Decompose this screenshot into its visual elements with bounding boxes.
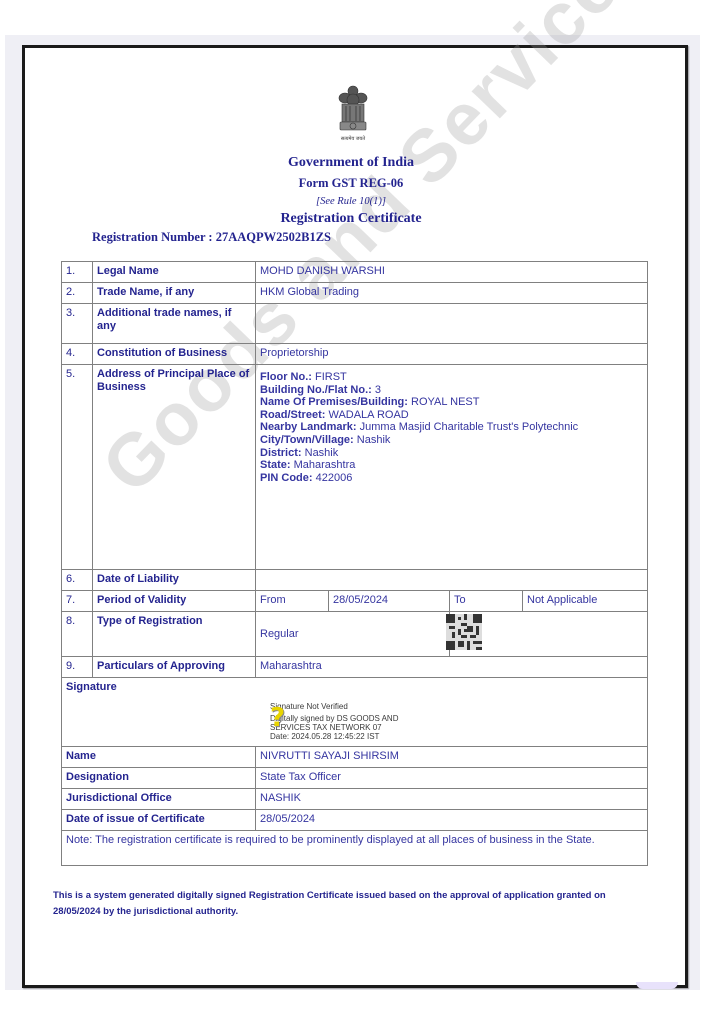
registration-number: Registration Number : 27AAQPW2502B1ZS — [92, 230, 331, 245]
rule-reference: [See Rule 10(1)] — [0, 196, 702, 207]
field-label: Legal Name — [93, 262, 256, 283]
table-row: 9. Particulars of Approving Maharashtra — [62, 657, 648, 678]
footer-statement: This is a system generated digitally sig… — [53, 888, 653, 920]
validity-from-date: 28/05/2024 — [329, 591, 450, 612]
trade-name-value: HKM Global Trading — [256, 283, 648, 304]
field-label: Constitution of Business — [93, 344, 256, 365]
validity-to-date: Not Applicable — [523, 591, 648, 612]
address-value: Floor No.: FIRST Building No./Flat No.: … — [256, 365, 648, 570]
address-line: PIN Code: 422006 — [260, 472, 643, 485]
table-row: 3. Additional trade names, if any — [62, 304, 648, 344]
table-row: Jurisdictional Office NASHIK — [62, 789, 648, 810]
certificate-table: 1. Legal Name MOHD DANISH WARSHI 2. Trad… — [61, 261, 648, 866]
table-row: Designation State Tax Officer — [62, 768, 648, 789]
signature-row: Signature Signature Not Verified Digital… — [62, 678, 648, 747]
validity-to-label: To — [450, 591, 523, 612]
date-of-liability-value — [256, 570, 648, 591]
field-label: Jurisdictional Office — [62, 789, 256, 810]
field-label: Additional trade names, if any — [93, 304, 256, 344]
address-line: District: Nashik — [260, 447, 643, 460]
field-label: Type of Registration — [93, 612, 256, 657]
question-mark-icon[interactable]: ? — [270, 703, 285, 733]
table-row: Date of issue of Certificate 28/05/2024 — [62, 810, 648, 831]
svg-text:सत्यमेव जयते: सत्यमेव जयते — [341, 135, 365, 142]
issue-date-value: 28/05/2024 — [256, 810, 648, 831]
table-row: 4. Constitution of Business Proprietorsh… — [62, 344, 648, 365]
registration-type-value: Regular — [256, 612, 450, 657]
certificate-title: Registration Certificate — [0, 211, 702, 227]
legal-name-value: MOHD DANISH WARSHI — [256, 262, 648, 283]
designation-value: State Tax Officer — [256, 768, 648, 789]
note-text: Note: The registration certificate is re… — [62, 831, 648, 866]
form-number: Form GST REG-06 — [0, 176, 702, 191]
field-label: Date of issue of Certificate — [62, 810, 256, 831]
field-label: Period of Validity — [93, 591, 256, 612]
address-line: State: Maharashtra — [260, 459, 643, 472]
table-row: 8. Type of Registration Regular — [62, 612, 648, 657]
government-heading: Government of India — [0, 155, 702, 171]
field-label: Date of Liability — [93, 570, 256, 591]
address-line: Building No./Flat No.: 3 — [260, 384, 643, 397]
officer-name-value: NIVRUTTI SAYAJI SHIRSIM — [256, 747, 648, 768]
table-row: Name NIVRUTTI SAYAJI SHIRSIM — [62, 747, 648, 768]
address-line: Nearby Landmark: Jumma Masjid Charitable… — [260, 421, 643, 434]
field-label: Name — [62, 747, 256, 768]
field-label: Designation — [62, 768, 256, 789]
field-label: Address of Principal Place of Business — [93, 365, 256, 570]
constitution-value: Proprietorship — [256, 344, 648, 365]
table-row: 5. Address of Principal Place of Busines… — [62, 365, 648, 570]
table-row: 1. Legal Name MOHD DANISH WARSHI — [62, 262, 648, 283]
address-line: Floor No.: FIRST — [260, 371, 643, 384]
field-label: Particulars of Approving — [93, 657, 256, 678]
note-row: Note: The registration certificate is re… — [62, 831, 648, 866]
field-label: Trade Name, if any — [93, 283, 256, 304]
additional-trade-names-value — [256, 304, 648, 344]
address-line: City/Town/Village: Nashik — [260, 434, 643, 447]
national-emblem-icon: सत्यमेव जयते — [337, 84, 369, 146]
signature-label: Signature — [66, 681, 643, 694]
address-line: Road/Street: WADALA ROAD — [260, 409, 643, 422]
table-row: 7. Period of Validity From 28/05/2024 To… — [62, 591, 648, 612]
table-row: 6. Date of Liability — [62, 570, 648, 591]
address-line: Name Of Premises/Building: ROYAL NEST — [260, 396, 643, 409]
approving-authority-value: Maharashtra — [256, 657, 648, 678]
validity-from-label: From — [256, 591, 329, 612]
digital-signature-block[interactable]: Signature Not Verified Digitally signed … — [270, 702, 399, 741]
jurisdictional-office-value: NASHIK — [256, 789, 648, 810]
signature-status: Signature Not Verified — [270, 702, 399, 711]
table-row: 2. Trade Name, if any HKM Global Trading — [62, 283, 648, 304]
qr-code-icon — [446, 614, 482, 650]
page-indicator-tab[interactable] — [636, 982, 678, 989]
